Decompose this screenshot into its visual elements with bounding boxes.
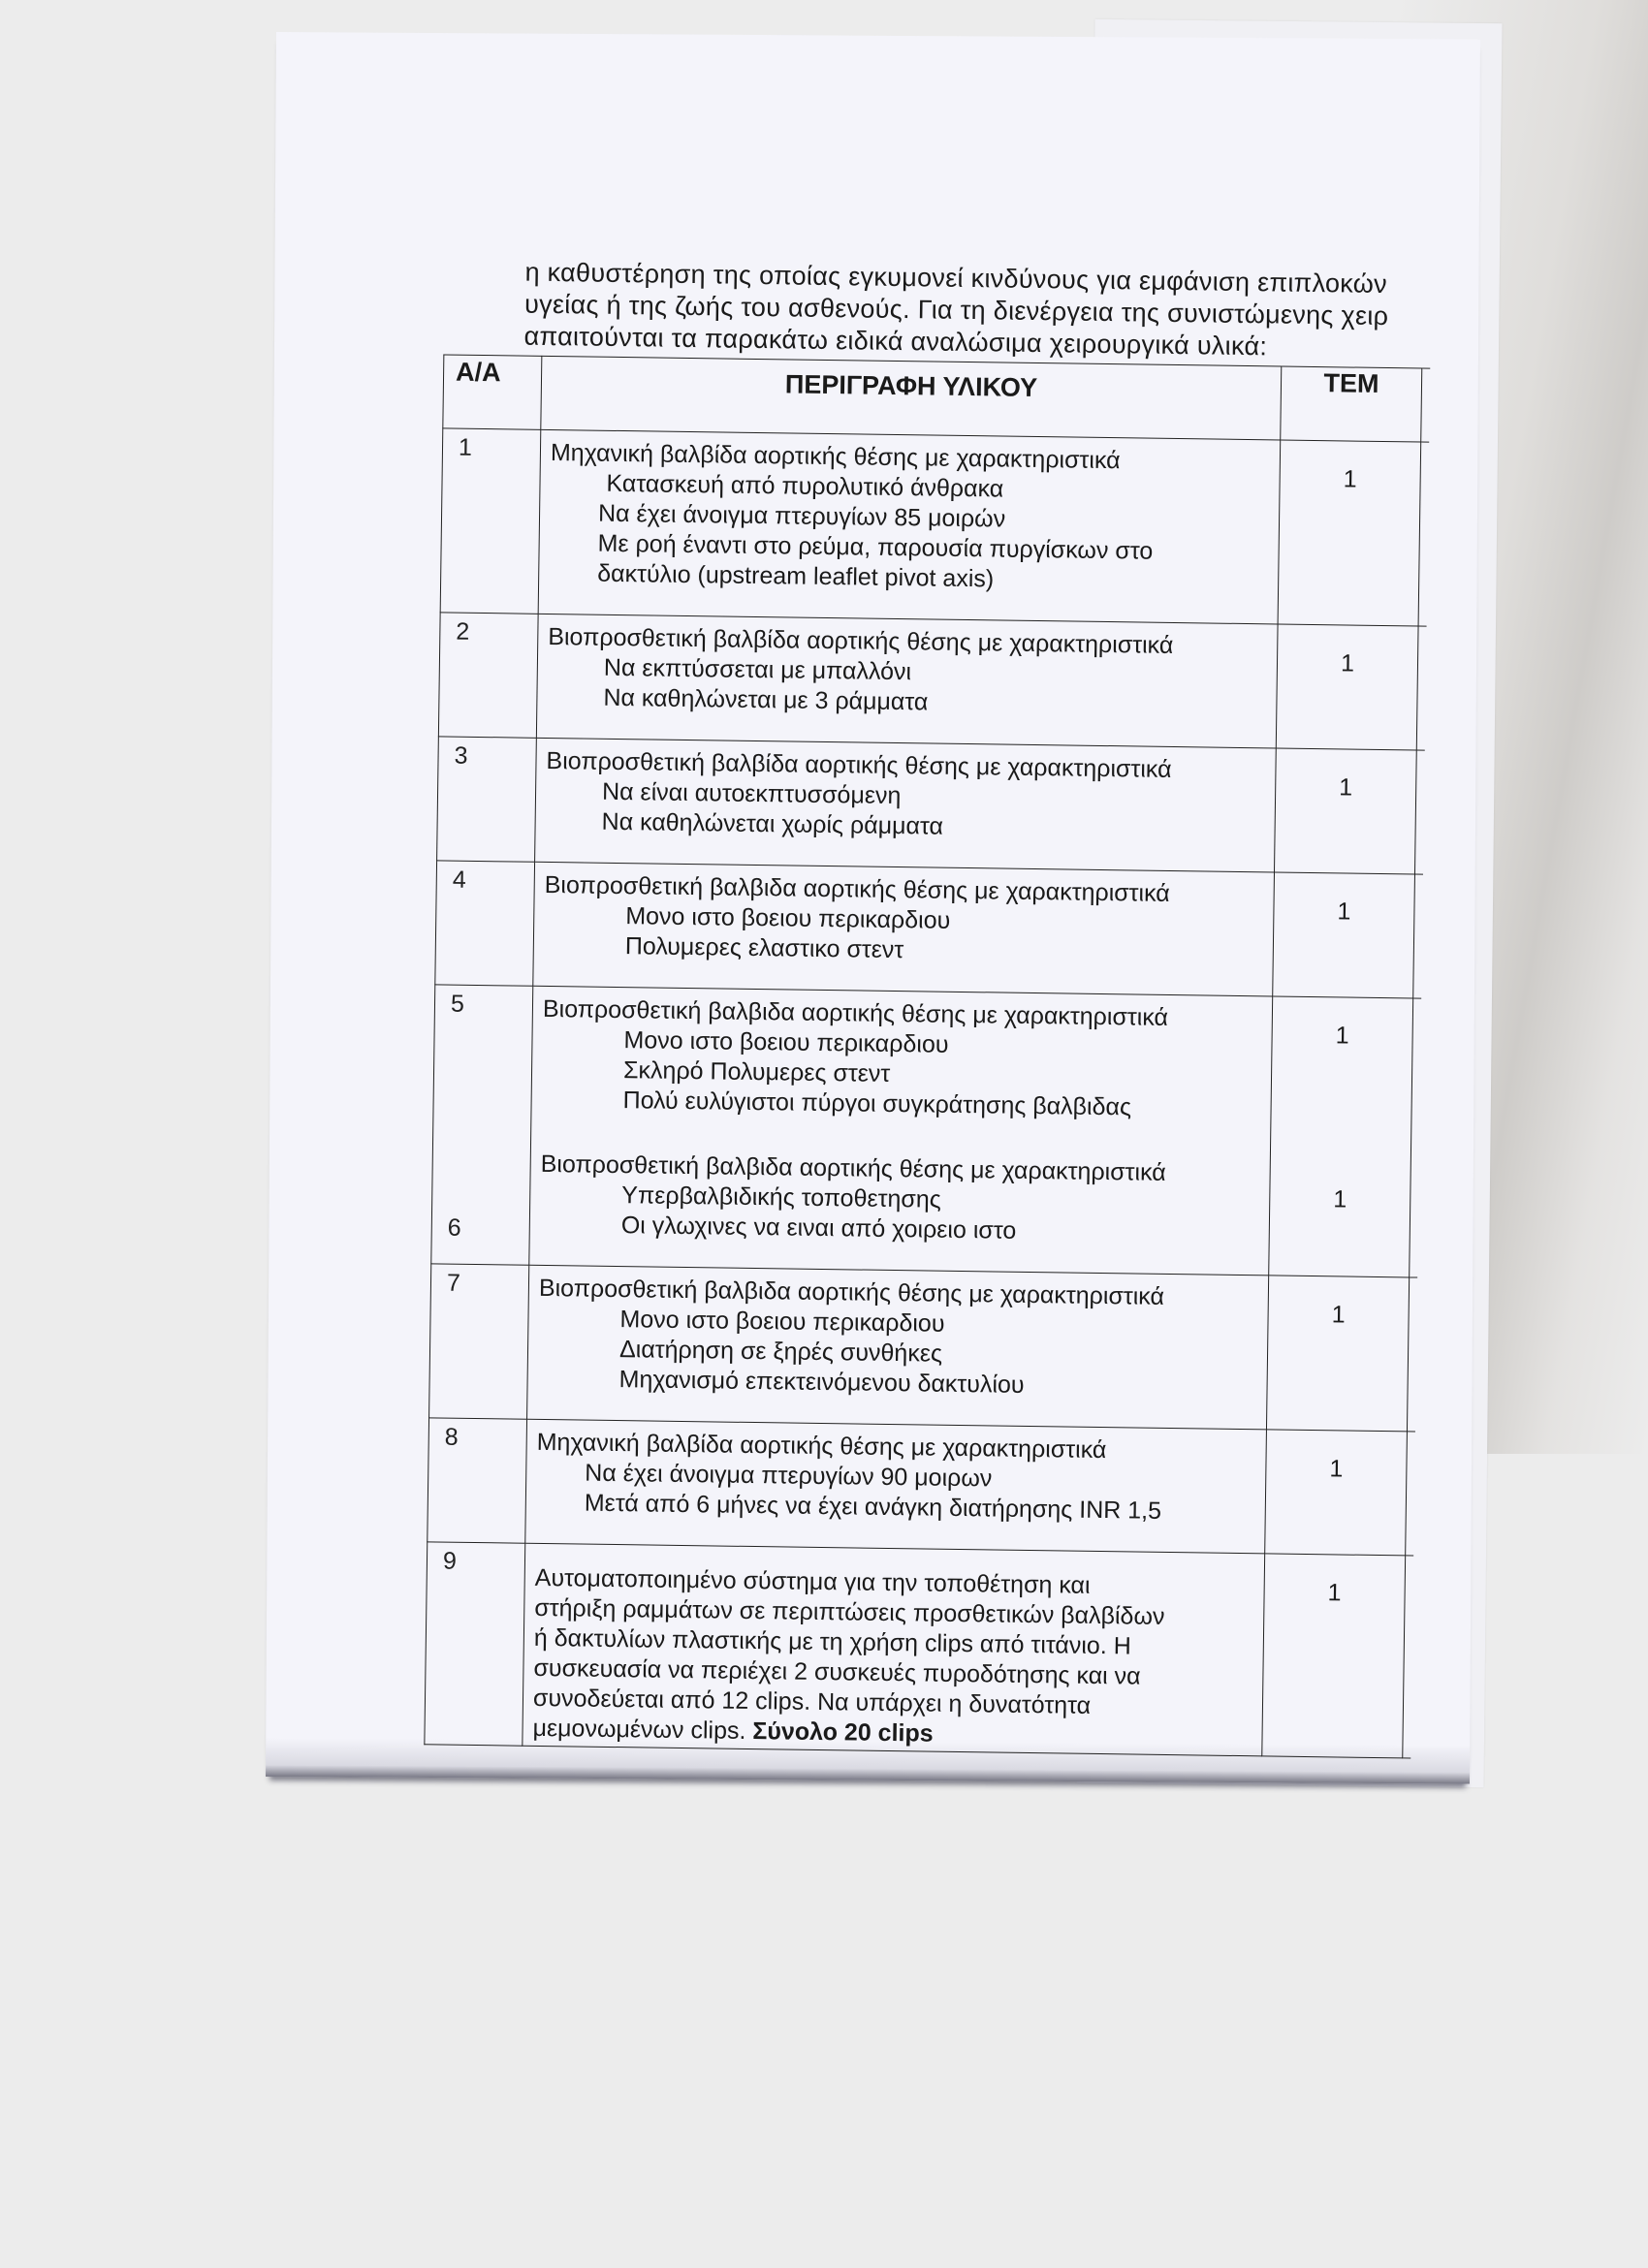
table-row: 8 Μηχανική βαλβίδα αορτικής θέσης με χαρ…: [428, 1418, 1415, 1556]
row-quantity: 1: [1266, 1276, 1409, 1432]
table-row: 7 Βιοπροσθετική βαλβιδα αορτικής θέσης μ…: [429, 1264, 1418, 1432]
row-number: 2: [438, 613, 538, 738]
row-quantity: 1: [1274, 748, 1416, 874]
table-header-row: Α/Α ΠΕΡΙΓΡΑΦΗ ΥΛΙΚΟΥ ΤΕΜ: [443, 355, 1430, 442]
row-description: Βιοπροσθετική βαλβιδα αορτικής θέσης με …: [527, 1265, 1269, 1430]
row-extra-cell: [1414, 750, 1424, 874]
row-number-5: 5: [451, 991, 464, 1018]
row-quantity: 1: [1278, 440, 1421, 626]
row-description: Βιοπροσθετική βαλβίδα αορτικής θέσης με …: [536, 614, 1278, 748]
header-description: ΠΕΡΙΓΡΑΦΗ ΥΛΙΚΟΥ: [541, 356, 1282, 440]
row-quantity: 1: [1265, 1430, 1408, 1556]
header-quantity: ΤΕΜ: [1281, 366, 1422, 442]
row-number: 4: [435, 861, 535, 986]
scanned-page: η καθυστέρηση της οποίας εγκυμονεί κινδύ…: [266, 32, 1480, 1784]
table-row: 3 Βιοπροσθετική βαλβίδα αορτικής θέσης μ…: [437, 737, 1425, 874]
row-extra-cell: [1413, 874, 1423, 998]
row-number: 9: [425, 1542, 525, 1746]
row-number: 5 6: [431, 985, 533, 1265]
row-number: 7: [429, 1264, 529, 1419]
intro-paragraph: η καθυστέρηση της οποίας εγκυμονεί κινδύ…: [523, 257, 1494, 366]
row-quantity-5: 1: [1336, 1022, 1349, 1049]
materials-table: Α/Α ΠΕΡΙΓΡΑΦΗ ΥΛΙΚΟΥ ΤΕΜ 1 Μηχανική βαλβ…: [424, 354, 1430, 1758]
row-quantity: 1: [1273, 872, 1415, 998]
row-number: 3: [437, 737, 537, 862]
row-number: 8: [428, 1418, 527, 1543]
row-extra-cell: [1406, 1432, 1415, 1556]
row-quantity-6: 1: [1271, 1183, 1409, 1215]
table-row: 5 6 Βιοπροσθετική βαλβιδα αορτικής θέσης…: [431, 985, 1421, 1277]
page-content: η καθυστέρηση της οποίας εγκυμονεί κινδύ…: [252, 32, 1480, 1793]
table-row: 1 Μηχανική βαλβίδα αορτικής θέσης με χαρ…: [440, 428, 1429, 626]
row-quantity: 1: [1262, 1554, 1406, 1758]
row-extra-cell: [1407, 1277, 1417, 1432]
row-number: 1: [440, 428, 541, 614]
row-quantity: 1: [1276, 624, 1418, 750]
table-row: 9 Αυτοματοποιημένο σύστημα για την τοποθ…: [425, 1542, 1413, 1758]
row-extra-cell: [1403, 1556, 1413, 1758]
row-extra-cell: [1418, 442, 1429, 626]
table-row: 2 Βιοπροσθετική βαλβίδα αορτικής θέσης μ…: [438, 613, 1426, 750]
row-description: Βιοπροσθετική βαλβίδα αορτικής θέσης με …: [535, 738, 1277, 872]
description-line-text: μεμονωμένων clips.: [532, 1715, 745, 1745]
row-number-6: 6: [448, 1213, 529, 1244]
row-quantity: 1 1: [1269, 996, 1413, 1277]
row-description: Μηχανική βαλβίδα αορτικής θέσης με χαρακ…: [525, 1419, 1267, 1554]
row-extra-cell: [1416, 626, 1426, 750]
row-description: Μηχανική βαλβίδα αορτικής θέσης με χαρακ…: [538, 429, 1281, 624]
row-description: Βιοπροσθετική βαλβιδα αορτικής θέσης με …: [529, 986, 1273, 1276]
header-extra-column: [1421, 368, 1431, 442]
row-description: Αυτοματοποιημένο σύστημα για την τοποθέτ…: [523, 1543, 1265, 1756]
total-clips-note: Σύνολο 20 clips: [752, 1717, 934, 1748]
header-aa: Α/Α: [443, 355, 542, 429]
table-row: 4 Βιοπροσθετική βαλβιδα αορτικής θέσης μ…: [435, 861, 1423, 998]
row-description: Βιοπροσθετική βαλβιδα αορτικής θέσης με …: [533, 862, 1275, 996]
